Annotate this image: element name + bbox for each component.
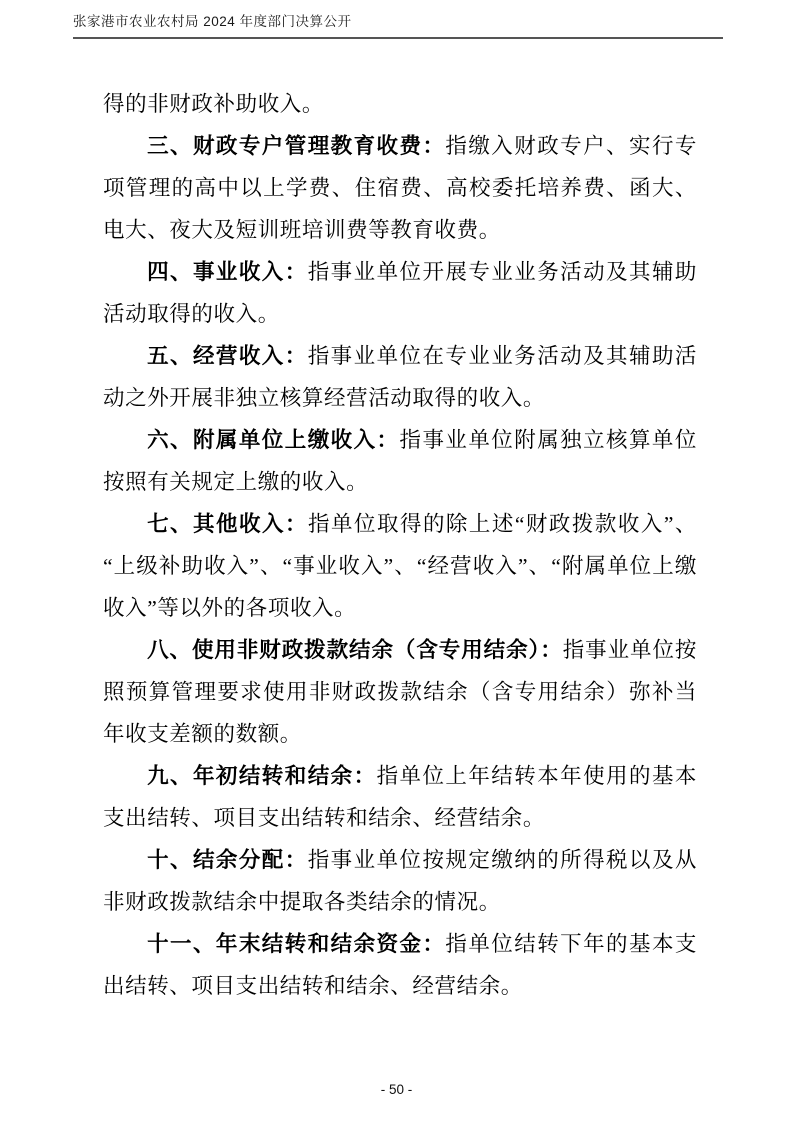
page-header: 张家港市农业农村局 2024 年度部门决算公开 [73, 10, 723, 39]
document-page: 张家港市农业农村局 2024 年度部门决算公开 得的非财政补助收入。 三、财政专… [0, 0, 793, 1122]
term-label: 十、结余分配： [147, 848, 308, 872]
paragraph-term-8: 八、使用非财政拨款结余（含专用结余）：指事业单位按照预算管理要求使用非财政拨款结… [103, 629, 697, 755]
paragraph-term-3: 三、财政专户管理教育收费：指缴入财政专户、实行专项管理的高中以上学费、住宿费、高… [103, 125, 697, 251]
term-label: 八、使用非财政拨款结余（含专用结余）： [147, 638, 563, 662]
document-body: 得的非财政补助收入。 三、财政专户管理教育收费：指缴入财政专户、实行专项管理的高… [103, 83, 697, 1007]
paragraph-continuation: 得的非财政补助收入。 [103, 83, 697, 125]
term-label: 九、年初结转和结余： [147, 764, 377, 788]
paragraph-term-5: 五、经营收入：指事业单位在专业业务活动及其辅助活动之外开展非独立核算经营活动取得… [103, 335, 697, 419]
term-label: 七、其他收入： [147, 512, 308, 536]
paragraph-term-6: 六、附属单位上缴收入：指事业单位附属独立核算单位按照有关规定上缴的收入。 [103, 419, 697, 503]
paragraph-term-10: 十、结余分配：指事业单位按规定缴纳的所得税以及从非财政拨款结余中提取各类结余的情… [103, 839, 697, 923]
paragraph-term-11: 十一、年末结转和结余资金：指单位结转下年的基本支出结转、项目支出结转和结余、经营… [103, 923, 697, 1007]
term-label: 三、财政专户管理教育收费： [147, 134, 445, 158]
document-header-title: 张家港市农业农村局 2024 年度部门决算公开 [73, 10, 723, 30]
continuation-text: 得的非财政补助收入。 [103, 92, 324, 116]
term-label: 十一、年末结转和结余资金： [147, 932, 445, 956]
paragraph-term-7: 七、其他收入：指单位取得的除上述“财政拨款收入”、“上级补助收入”、“事业收入”… [103, 503, 697, 629]
term-label: 六、附属单位上缴收入： [147, 428, 399, 452]
page-footer: - 50 - [0, 1082, 793, 1097]
page-number: - 50 - [381, 1082, 413, 1097]
term-label: 四、事业收入： [147, 260, 308, 284]
term-label: 五、经营收入： [147, 344, 308, 368]
paragraph-term-4: 四、事业收入：指事业单位开展专业业务活动及其辅助活动取得的收入。 [103, 251, 697, 335]
paragraph-term-9: 九、年初结转和结余：指单位上年结转本年使用的基本支出结转、项目支出结转和结余、经… [103, 755, 697, 839]
